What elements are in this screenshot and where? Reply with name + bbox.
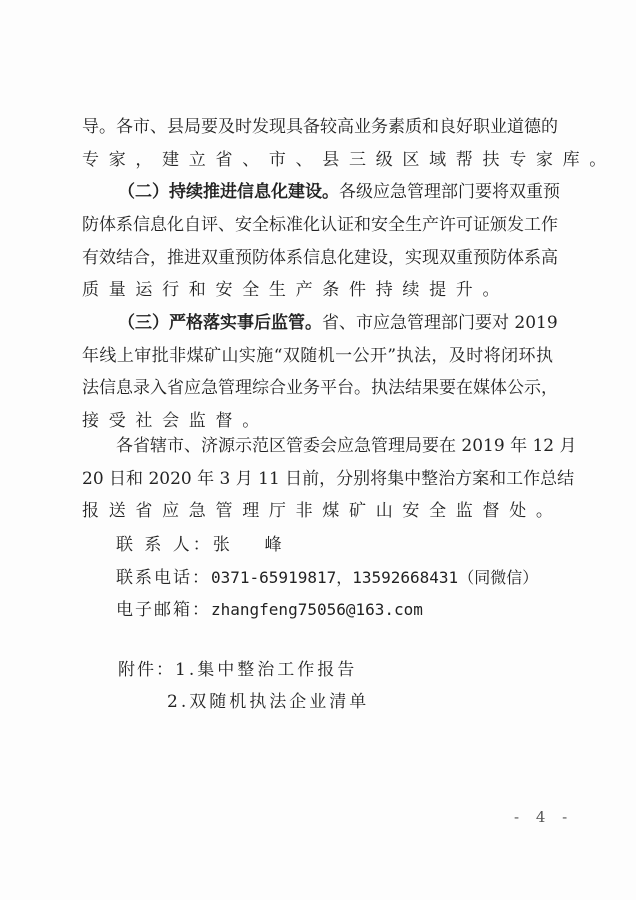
attachment-item: 2.双随机执法企业清单 — [167, 692, 369, 712]
body-line: 导。各市、县局要及时发现具备较高业务素质和良好职业道德的 — [82, 117, 553, 137]
body-line: 接受社会监督。 — [82, 411, 269, 431]
section-three-text: 省、市应急管理部门要对 2019 — [322, 313, 558, 333]
body-line: 质量运行和安全生产条件持续提升。 — [82, 280, 509, 300]
body-line: 专家，建立省、市、县三级区域帮扶专家库。 — [82, 150, 616, 170]
body-line: 有效结合，推进双重预防体系信息化建设，实现双重预防体系高 — [82, 248, 553, 268]
section-two-first-line: （二）持续推进信息化建设。各级应急管理部门要将双重预 — [118, 182, 553, 202]
contact-phone-label: 联系电话： — [116, 568, 211, 588]
contact-email-line: 电子邮箱：zhangfeng75056@163.com — [116, 600, 423, 620]
body-line: 各省辖市、济源示范区管委会应急管理局要在 2019 年 12 月 — [116, 436, 553, 456]
contact-person-label: 联 系 人： — [116, 535, 213, 555]
body-line: 报送省应急管理厅非煤矿山安全监督处。 — [82, 501, 563, 521]
page-number: - 4 - — [514, 808, 573, 826]
attachment-item: 1.集中整治工作报告 — [175, 660, 357, 680]
contact-email-value: zhangfeng75056@163.com — [211, 600, 423, 619]
section-three-heading: （三）严格落实事后监管。 — [118, 313, 322, 333]
body-line: 防体系信息化自评、安全标准化认证和安全生产许可证颁发工作 — [82, 215, 553, 235]
attachments-label: 附件： — [118, 660, 175, 680]
contact-person-name: 张 峰 — [213, 535, 290, 555]
contact-phone-line: 联系电话：0371-65919817，13592668431（同微信） — [116, 568, 538, 588]
section-two-heading: （二）持续推进信息化建设。 — [118, 182, 339, 202]
section-three-first-line: （三）严格落实事后监管。省、市应急管理部门要对 2019 — [118, 313, 553, 333]
section-two-text: 各级应急管理部门要将双重预 — [339, 182, 560, 202]
document-page: 导。各市、县局要及时发现具备较高业务素质和良好职业道德的 专家，建立省、市、县三… — [0, 0, 636, 900]
body-line: 20 日和 2020 年 3 月 11 日前，分别将集中整治方案和工作总结 — [82, 469, 553, 489]
contact-phone-value: 0371-65919817，13592668431（同微信） — [211, 568, 538, 587]
contact-email-label: 电子邮箱： — [116, 600, 211, 620]
body-line: 年线上审批非煤矿山实施“双随机一公开”执法，及时将闭环执 — [82, 346, 553, 366]
body-line: 法信息录入省应急管理综合业务平台。执法结果要在媒体公示， — [82, 378, 553, 398]
attachments-line-1: 附件：1.集中整治工作报告 — [118, 660, 357, 680]
contact-person-line: 联 系 人：张 峰 — [116, 535, 290, 555]
